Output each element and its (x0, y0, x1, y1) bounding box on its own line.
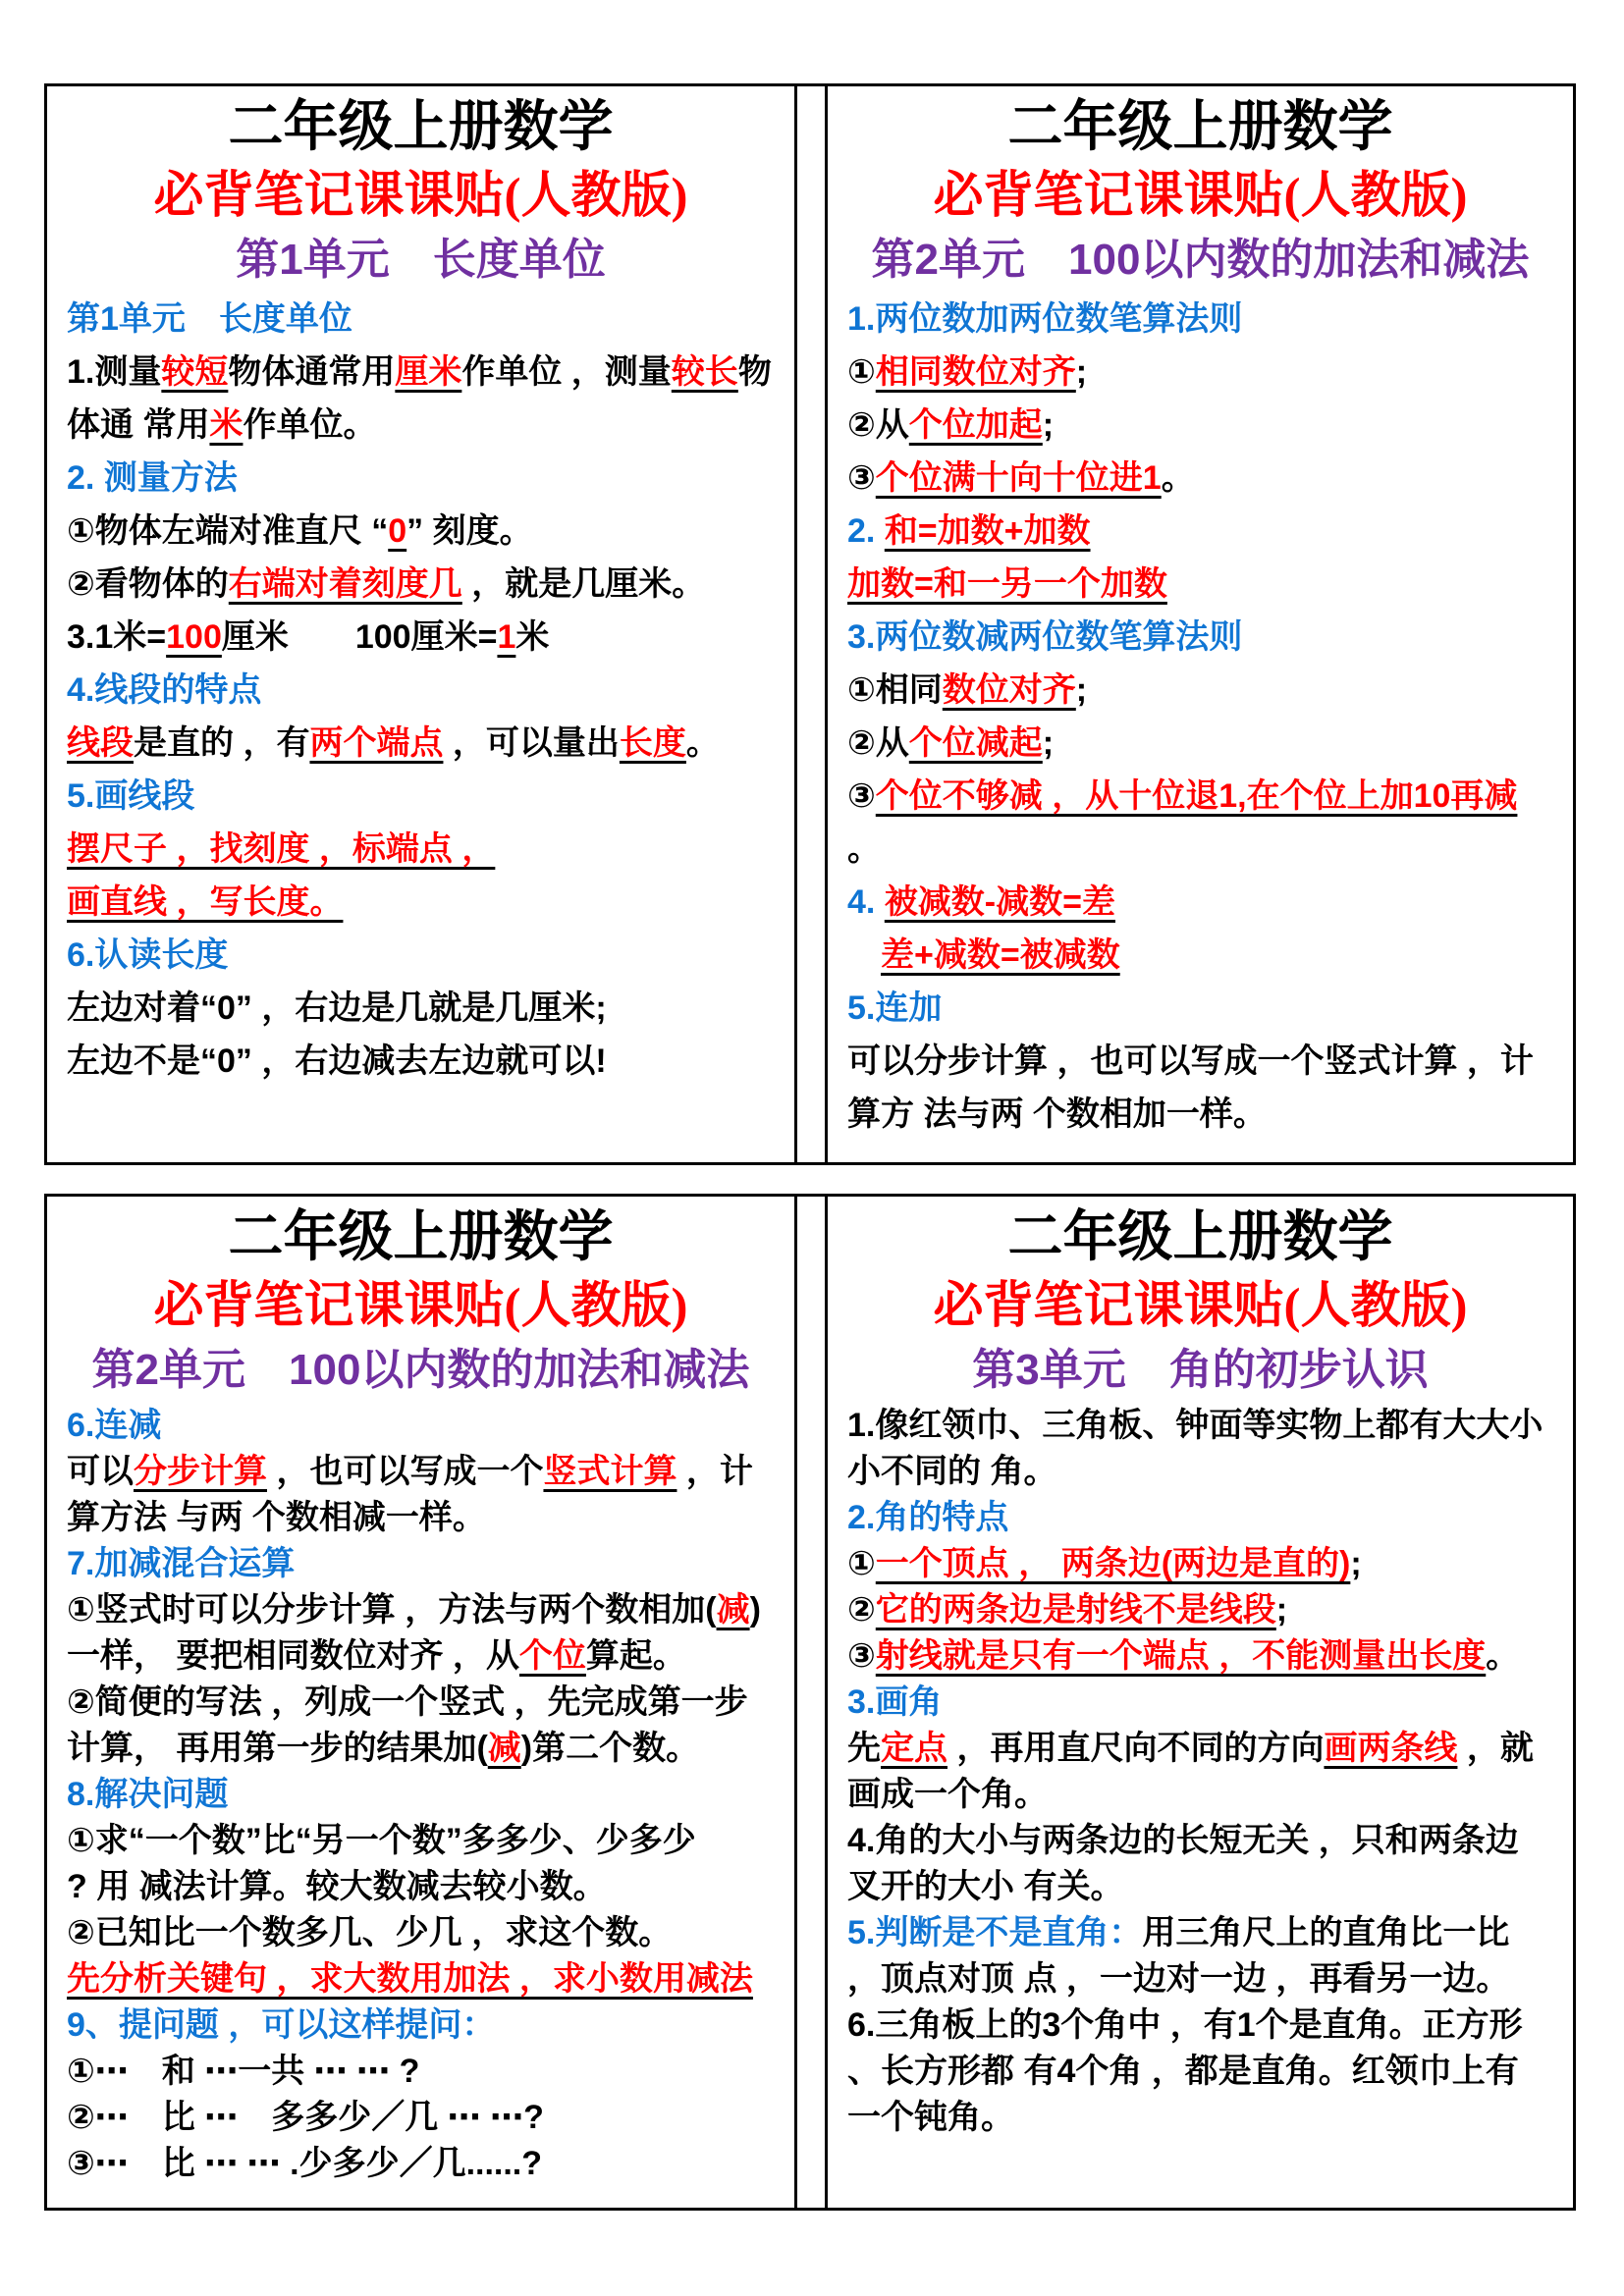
notes-body: 1.两位数加两位数笔算法则①相同数位对齐;②从个位加起;③个位满十向十位进1。2… (847, 293, 1553, 1141)
text-line: 线段是直的 ，有两个端点 ，可以量出长度。 (67, 717, 775, 770)
body-text: ，顶点对顶 点 ，一边对一边 ，再看另一边。 (847, 1960, 1509, 1998)
body-text: 叉开的大小 有关。 (847, 1868, 1123, 1905)
card-title: 二年级上册数学 (67, 92, 775, 163)
text-line: ①相同数位对齐; (847, 664, 1553, 717)
body-text: ③⋯ 比 ⋯ ⋯ .少多少／几......? (67, 2145, 542, 2182)
body-text: 可以 (67, 1453, 134, 1490)
body-text: ①竖式时可以分步计算 ，方法与两个数相加( (67, 1591, 717, 1629)
card-bottom: 二年级上册数学 必背笔记课课贴(人教版) 第2单元 100以内数的加法和减法 6… (44, 1194, 1576, 2211)
section-heading: 8.解决问题 (67, 1776, 228, 1813)
key-phrase-underlined: 米 (209, 406, 243, 444)
text-line: 可以分步计算 ，也可以写成一个竖式计算 ，计 (67, 1449, 775, 1495)
text-line: 左边对着“0” ，右边是几就是几厘米; (67, 982, 775, 1035)
key-phrase-underlined: 先分析关键句 ，求大数用加法 ，求小数用减法 (67, 1960, 753, 1998)
key-phrase-underlined: 分步计算 (134, 1453, 267, 1490)
text-line: 4.角的大小与两条边的长短无关 ，只和两条边 (847, 1818, 1553, 1864)
body-text: 算起。 (586, 1637, 686, 1675)
key-phrase-underlined: 100 (166, 618, 222, 656)
body-text: 1.像红领巾、三角板、钟面等实物上都有大大小 (847, 1407, 1543, 1444)
text-line: 第1单元 长度单位 (67, 293, 775, 346)
text-line: 一个钝角。 (847, 2095, 1553, 2141)
section-heading: 3.两位数减两位数笔算法则 (847, 618, 1242, 656)
body-text: 作单位。 (243, 406, 376, 444)
body-text: ，可以量出 (443, 724, 619, 762)
text-line: 3.画角 (847, 1680, 1553, 1726)
body-text: 3.1米= (67, 618, 166, 656)
body-text: 一样， 要把相同数位对齐 ，从 (67, 1637, 519, 1675)
body-text: ; (1076, 671, 1087, 709)
body-text: ，就 (1457, 1730, 1533, 1767)
body-text (847, 936, 881, 974)
key-phrase-underlined: 画直线 ，写长度。 (67, 883, 343, 921)
body-text: ; (1276, 1591, 1287, 1629)
body-text: ②从 (847, 724, 909, 762)
text-line: 4. 被减数-减数=差 (847, 876, 1553, 929)
body-text: 6.三角板上的3个角中 ，有1个是直角。正方形 (847, 2006, 1523, 2044)
body-text: ) (750, 1591, 761, 1629)
section-heading: 5.画线段 (67, 777, 194, 815)
text-line: ②从个位减起; (847, 717, 1553, 770)
key-phrase-underlined: 个位不够减 ，从十位退1,在个位上加10再减 (876, 777, 1518, 815)
section-heading: 2. 测量方法 (67, 459, 238, 497)
body-text: 1.测量 (67, 353, 161, 391)
key-phrase-underlined: 减 (717, 1591, 750, 1629)
text-line: ②从个位加起; (847, 399, 1553, 452)
body-text: 厘米 100厘米= (222, 618, 498, 656)
body-text: ③ (847, 459, 876, 497)
body-text: ? 用 减法计算。较大数减去较小数。 (67, 1868, 607, 1905)
body-text: 4.角的大小与两条边的长短无关 ，只和两条边 (847, 1822, 1519, 1859)
card-title: 二年级上册数学 (847, 92, 1553, 163)
notes-page: 二年级上册数学 必背笔记课课贴(人教版) 第1单元 长度单位 第1单元 长度单位… (0, 0, 1624, 2296)
body-text: ②从 (847, 406, 909, 444)
section-heading: 7.加减混合运算 (67, 1545, 295, 1582)
card-subtitle-red: 必背笔记课课贴(人教版) (67, 163, 775, 230)
card-title: 二年级上册数学 (67, 1202, 775, 1273)
body-text: 先 (847, 1730, 881, 1767)
text-line: 1.测量较短物体通常用厘米作单位 ，测量较长物 (67, 346, 775, 399)
body-text: ③ (847, 777, 876, 815)
body-text: ” 刻度。 (406, 512, 532, 550)
text-line: 先分析关键句 ，求大数用加法 ，求小数用减法 (67, 1956, 775, 2002)
section-heading: 6.连减 (67, 1407, 161, 1444)
text-line: 3.1米=100厘米 100厘米=1米 (67, 611, 775, 664)
body-text: 作单位 ，测量 (461, 353, 671, 391)
body-text: 一个钝角。 (847, 2099, 1014, 2136)
body-text: 物体通常用 (228, 353, 395, 391)
text-line: 、长方形都 有4个角 ，都是直角。红领巾上有 (847, 2049, 1553, 2095)
text-line: 6.认读长度 (67, 929, 775, 982)
body-text: ② (847, 1591, 876, 1629)
body-text: 是直的 ，有 (134, 724, 309, 762)
body-text: ②看物体的 (67, 565, 229, 603)
text-line: 2. 和=加数+加数 (847, 505, 1553, 558)
card-subtitle-red: 必背笔记课课贴(人教版) (847, 163, 1553, 230)
panel-top-left: 二年级上册数学 必背笔记课课贴(人教版) 第1单元 长度单位 第1单元 长度单位… (47, 86, 797, 1162)
key-phrase-underlined: 摆尺子 ，找刻度 ，标端点 ， (67, 830, 495, 868)
unit-heading: 第2单元 100以内数的加法和减法 (67, 1340, 775, 1401)
key-phrase-underlined: 1 (497, 618, 515, 656)
text-line: 画成一个角。 (847, 1772, 1553, 1818)
unit-heading: 第2单元 100以内数的加法和减法 (847, 230, 1553, 291)
text-line: ②⋯ 比 ⋯ 多多少／几 ⋯ ⋯? (67, 2095, 775, 2141)
key-phrase-underlined: 画两条线 (1324, 1730, 1457, 1767)
text-line: 2. 测量方法 (67, 452, 775, 505)
text-line: 叉开的大小 有关。 (847, 1864, 1553, 1910)
body-text: ; (1043, 406, 1054, 444)
text-line: ? 用 减法计算。较大数减去较小数。 (67, 1864, 775, 1910)
panel-top-right: 二年级上册数学 必背笔记课课贴(人教版) 第2单元 100以内数的加法和减法 1… (825, 86, 1573, 1162)
body-text: 用三角尺上的直角比一比 (1142, 1914, 1509, 1951)
body-text: 米 (515, 618, 549, 656)
body-text: 算方 法与两 个数相加一样。 (847, 1095, 1267, 1133)
section-heading: 第1单元 长度单位 (67, 300, 352, 338)
text-line: ②简便的写法 ，列成一个竖式 ，先完成第一步 (67, 1680, 775, 1726)
text-line: 可以分步计算 ，也可以写成一个竖式计算 ，计 (847, 1035, 1553, 1088)
body-text: ②⋯ 比 ⋯ 多多少／几 ⋯ ⋯? (67, 2099, 544, 2136)
text-line: 5.判断是不是直角：用三角尺上的直角比一比 (847, 1910, 1553, 1956)
body-text: 可以分步计算 ，也可以写成一个竖式计算 ，计 (847, 1042, 1534, 1080)
text-line: ，顶点对顶 点 ，一边对一边 ，再看另一边。 (847, 1956, 1553, 2002)
key-phrase-underlined: 和=加数+加数 (885, 512, 1091, 550)
body-text: ①相同 (847, 671, 943, 709)
panel-bottom-left: 二年级上册数学 必背笔记课课贴(人教版) 第2单元 100以内数的加法和减法 6… (47, 1197, 797, 2208)
column-gutter (797, 1197, 825, 2208)
key-phrase-underlined: 较长 (672, 353, 738, 391)
body-text: ③ (847, 1637, 876, 1675)
key-phrase-underlined: 差+减数=被减数 (881, 936, 1120, 974)
body-text: ; (1043, 724, 1054, 762)
text-line: 3.两位数减两位数笔算法则 (847, 611, 1553, 664)
key-phrase-underlined: 减 (488, 1730, 521, 1767)
text-line: ①物体左端对准直尺 “0” 刻度。 (67, 505, 775, 558)
card-subtitle-red: 必背笔记课课贴(人教版) (67, 1273, 775, 1340)
text-line: ②它的两条边是射线不是线段; (847, 1587, 1553, 1633)
key-phrase-underlined: 个位满十向十位进1 (876, 459, 1162, 497)
section-heading: 3.画角 (847, 1683, 942, 1721)
body-text: ，再用直尺向不同的方向 (947, 1730, 1324, 1767)
text-line: 算方法 与两 个数相减一样。 (67, 1495, 775, 1541)
text-line: ①求“一个数”比“另一个数”多多少、少多少 (67, 1818, 775, 1864)
body-text: )第二个数。 (521, 1730, 699, 1767)
text-line: 差+减数=被减数 (847, 929, 1553, 982)
body-text: 画成一个角。 (847, 1776, 1048, 1813)
section-heading: 2. (847, 512, 885, 550)
text-line: 1.像红领巾、三角板、钟面等实物上都有大大小 (847, 1403, 1553, 1449)
body-text: ，计 (677, 1453, 752, 1490)
text-line: 加数=和一另一个加数 (847, 558, 1553, 611)
key-phrase-underlined: 0 (388, 512, 406, 550)
text-line: 先定点 ，再用直尺向不同的方向画两条线 ，就 (847, 1726, 1553, 1772)
key-phrase-underlined: 厘米 (395, 353, 461, 391)
text-line: 5.画线段 (67, 770, 775, 823)
body-text: ①物体左端对准直尺 “ (67, 512, 388, 550)
key-phrase-underlined: 个位加起 (909, 406, 1043, 444)
section-heading: 4.线段的特点 (67, 671, 261, 709)
unit-heading: 第1单元 长度单位 (67, 230, 775, 291)
key-phrase-underlined: 两个端点 (309, 724, 443, 762)
text-line: 。 (847, 823, 1553, 876)
key-phrase-underlined: 线段 (67, 724, 134, 762)
text-line: 画直线 ，写长度。 (67, 876, 775, 929)
key-phrase-underlined: 它的两条边是射线不是线段 (876, 1591, 1276, 1629)
body-text: ，就是几厘米。 (462, 565, 705, 603)
text-line: 一样， 要把相同数位对齐 ，从个位算起。 (67, 1633, 775, 1680)
text-line: ①竖式时可以分步计算 ，方法与两个数相加(减) (67, 1587, 775, 1633)
key-phrase-underlined: 加数=和一另一个加数 (847, 565, 1167, 603)
key-phrase-underlined: 数位对齐 (943, 671, 1076, 709)
text-line: ①一个顶点 ， 两条边(两边是直的); (847, 1541, 1553, 1587)
text-line: ③个位不够减 ，从十位退1,在个位上加10再减 (847, 770, 1553, 823)
body-text: ; (1350, 1545, 1361, 1582)
text-line: 体通 常用米作单位。 (67, 399, 775, 452)
section-heading: 1.两位数加两位数笔算法则 (847, 300, 1242, 338)
body-text: ②已知比一个数多几、少几 ，求这个数。 (67, 1914, 672, 1951)
body-text: ① (847, 353, 876, 391)
section-heading: 5.判断是不是直角： (847, 1914, 1142, 1951)
body-text: 。 (1162, 459, 1195, 497)
body-text: ①⋯ 和 ⋯一共 ⋯ ⋯ ? (67, 2053, 419, 2090)
key-phrase-underlined: 射线就是只有一个端点 ，不能测量出长度 (876, 1637, 1486, 1675)
body-text: ① (847, 1545, 876, 1582)
text-line: 5.连加 (847, 982, 1553, 1035)
text-line: 摆尺子 ，找刻度 ，标端点 ， (67, 823, 775, 876)
body-text: 物 (738, 353, 772, 391)
key-phrase-underlined: 长度 (620, 724, 686, 762)
section-heading: 2.角的特点 (847, 1499, 1008, 1536)
text-line: 计算， 再用第一步的结果加(减)第二个数。 (67, 1726, 775, 1772)
notes-body: 6.连减可以分步计算 ，也可以写成一个竖式计算 ，计算方法 与两 个数相减一样。… (67, 1403, 775, 2187)
body-text: ，也可以写成一个 (267, 1453, 543, 1490)
key-phrase-underlined: 一个顶点 ， 两条边(两边是直的) (876, 1545, 1351, 1582)
text-line: 2.角的特点 (847, 1495, 1553, 1541)
body-text: 。 (1486, 1637, 1519, 1675)
section-heading: 4. (847, 883, 885, 921)
text-line: ③射线就是只有一个端点 ，不能测量出长度。 (847, 1633, 1553, 1680)
body-text: 体通 常用 (67, 406, 209, 444)
notes-body: 第1单元 长度单位1.测量较短物体通常用厘米作单位 ，测量较长物体通 常用米作单… (67, 293, 775, 1088)
body-text: ①求“一个数”比“另一个数”多多少、少多少 (67, 1822, 696, 1859)
body-text: 、长方形都 有4个角 ，都是直角。红领巾上有 (847, 2053, 1519, 2090)
body-text: 。 (847, 830, 881, 868)
key-phrase-underlined: 较短 (161, 353, 228, 391)
text-line: ③⋯ 比 ⋯ ⋯ .少多少／几......? (67, 2141, 775, 2187)
text-line: ③个位满十向十位进1。 (847, 452, 1553, 505)
key-phrase-underlined: 定点 (881, 1730, 947, 1767)
text-line: 6.连减 (67, 1403, 775, 1449)
key-phrase-underlined: 个位 (519, 1637, 586, 1675)
text-line: 6.三角板上的3个角中 ，有1个是直角。正方形 (847, 2002, 1553, 2049)
text-line: 小不同的 角。 (847, 1449, 1553, 1495)
text-line: 7.加减混合运算 (67, 1541, 775, 1587)
section-heading: 6.认读长度 (67, 936, 228, 974)
text-line: 左边不是“0” ，右边减去左边就可以! (67, 1035, 775, 1088)
key-phrase-underlined: 竖式计算 (543, 1453, 677, 1490)
panel-bottom-right: 二年级上册数学 必背笔记课课贴(人教版) 第3单元 角的初步认识 1.像红领巾、… (825, 1197, 1573, 2208)
text-line: ①⋯ 和 ⋯一共 ⋯ ⋯ ? (67, 2049, 775, 2095)
text-line: 1.两位数加两位数笔算法则 (847, 293, 1553, 346)
card-title: 二年级上册数学 (847, 1202, 1553, 1273)
body-text: 算方法 与两 个数相减一样。 (67, 1499, 486, 1536)
text-line: ①相同数位对齐; (847, 346, 1553, 399)
key-phrase-underlined: 右端对着刻度几 (229, 565, 462, 603)
section-heading: 9、提问题 ，可以这样提问： (67, 2006, 495, 2044)
unit-heading: 第3单元 角的初步认识 (847, 1340, 1553, 1401)
column-gutter (797, 86, 825, 1162)
text-line: 4.线段的特点 (67, 664, 775, 717)
body-text: 。 (686, 724, 720, 762)
body-text: ②简便的写法 ，列成一个竖式 ，先完成第一步 (67, 1683, 748, 1721)
key-phrase-underlined: 个位减起 (909, 724, 1043, 762)
body-text: 左边对着“0” ，右边是几就是几厘米; (67, 989, 607, 1027)
card-subtitle-red: 必背笔记课课贴(人教版) (847, 1273, 1553, 1340)
text-line: ②已知比一个数多几、少几 ，求这个数。 (67, 1910, 775, 1956)
body-text: 小不同的 角。 (847, 1453, 1056, 1490)
text-line: 9、提问题 ，可以这样提问： (67, 2002, 775, 2049)
text-line: ②看物体的右端对着刻度几 ，就是几厘米。 (67, 558, 775, 611)
body-text: 计算， 再用第一步的结果加( (67, 1730, 488, 1767)
key-phrase-underlined: 被减数-减数=差 (885, 883, 1115, 921)
card-top: 二年级上册数学 必背笔记课课贴(人教版) 第1单元 长度单位 第1单元 长度单位… (44, 83, 1576, 1165)
section-heading: 5.连加 (847, 989, 942, 1027)
key-phrase-underlined: 相同数位对齐 (876, 353, 1076, 391)
body-text: 左边不是“0” ，右边减去左边就可以! (67, 1042, 607, 1080)
text-line: 算方 法与两 个数相加一样。 (847, 1088, 1553, 1141)
body-text: ; (1076, 353, 1087, 391)
text-line: 8.解决问题 (67, 1772, 775, 1818)
notes-body: 1.像红领巾、三角板、钟面等实物上都有大大小小不同的 角。2.角的特点①一个顶点… (847, 1403, 1553, 2141)
